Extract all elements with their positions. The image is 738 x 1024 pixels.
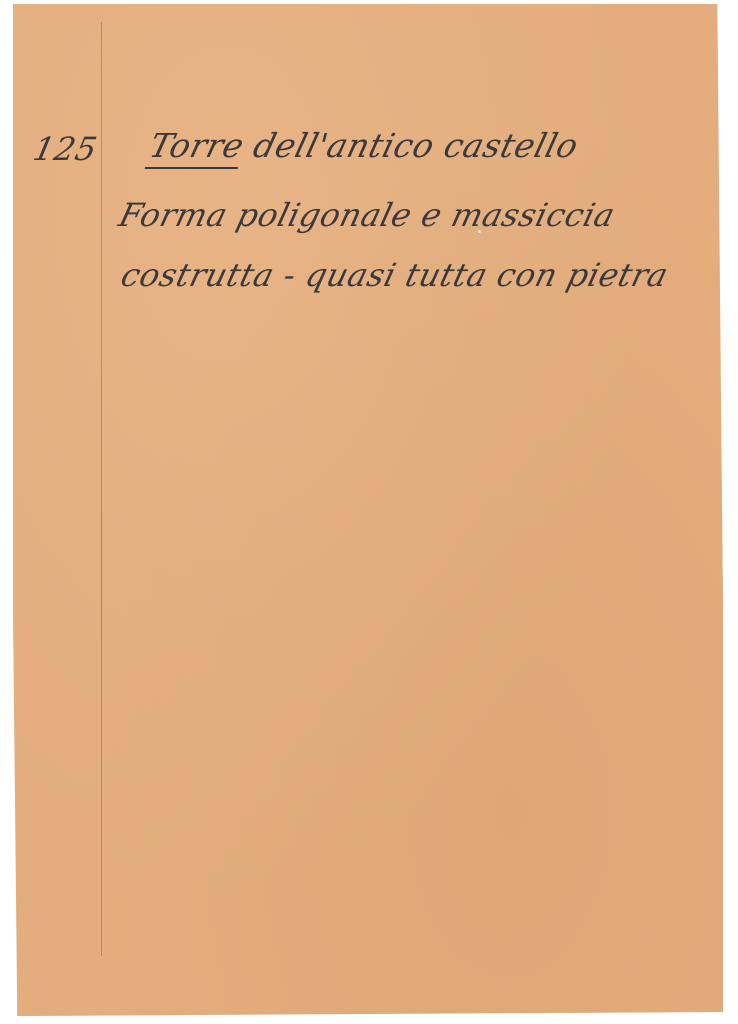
description-line-2: costrutta - quasi tutta con pietra xyxy=(117,256,672,294)
title-underlined-word: Torre xyxy=(145,126,249,169)
entry-title: Torre dell'antico castello xyxy=(145,126,583,169)
entry-number: 125 xyxy=(30,130,101,168)
title-rest: dell'antico castello xyxy=(239,126,583,165)
paper-speck xyxy=(478,230,481,233)
margin-rule xyxy=(101,22,102,956)
description-line-1: Forma poligonale e massiccia xyxy=(115,196,619,234)
